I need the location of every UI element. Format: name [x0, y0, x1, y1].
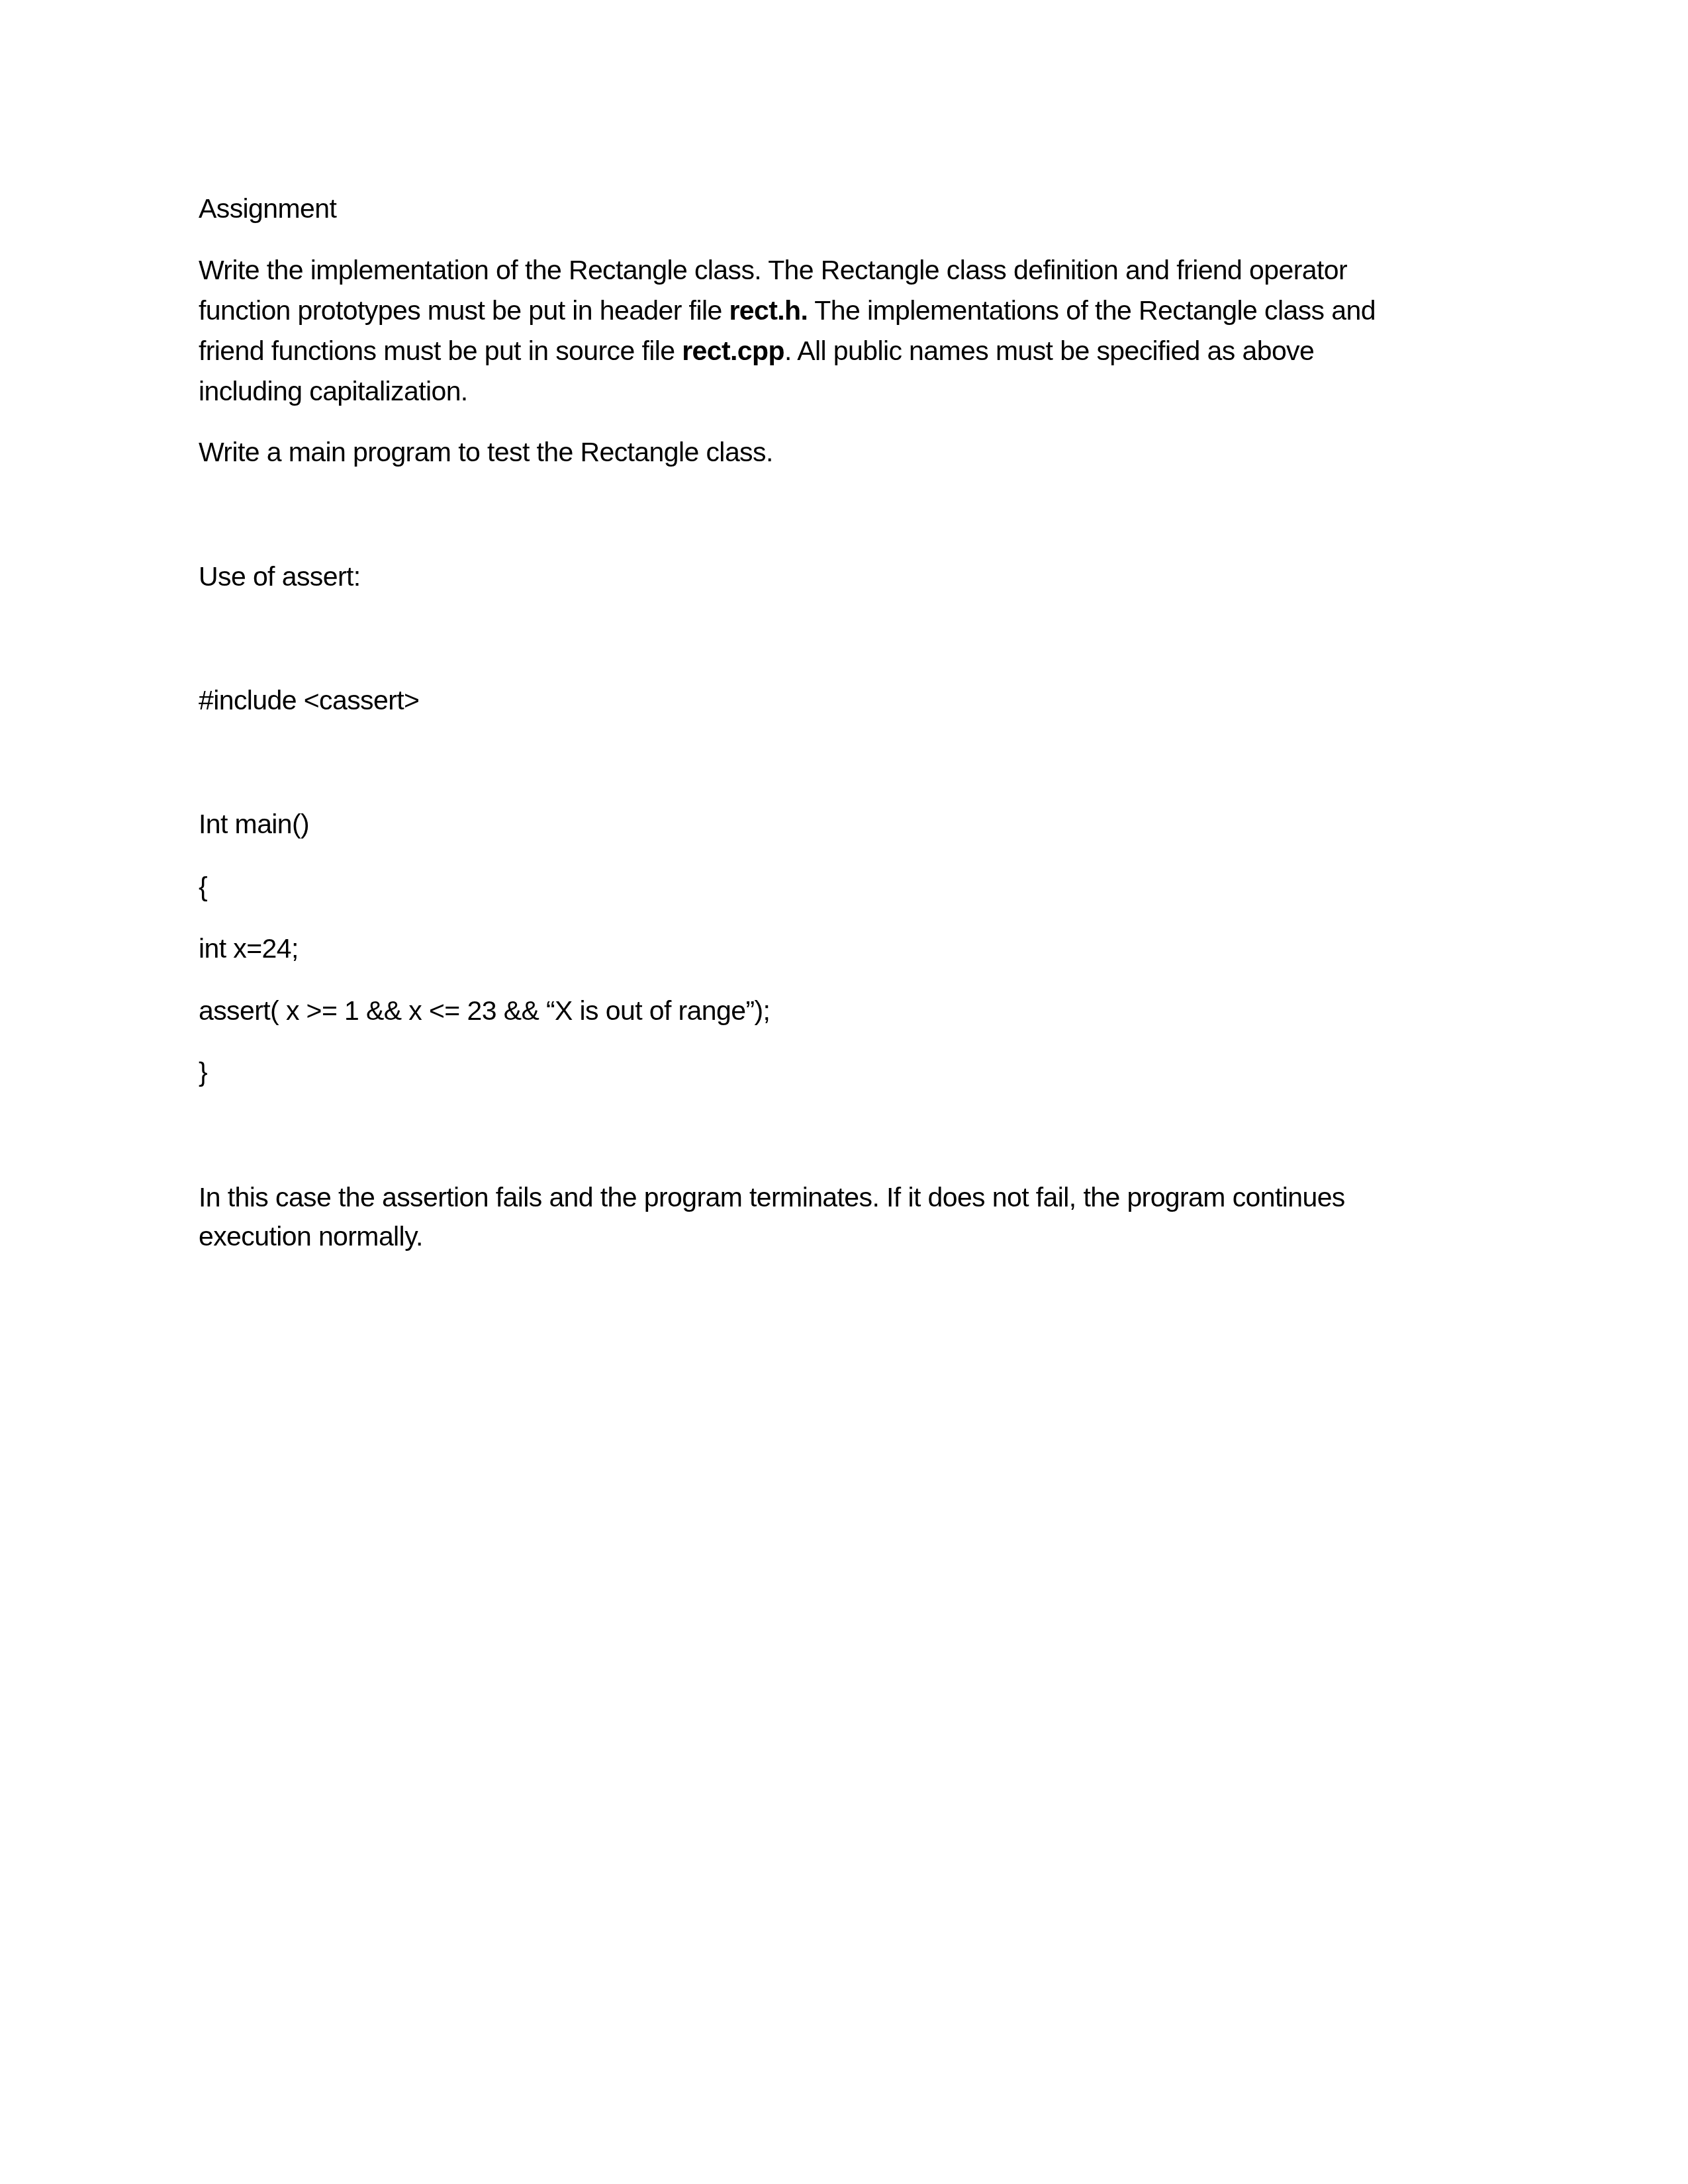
- paragraph-line-3: friend functions must be put in source f…: [199, 336, 1314, 367]
- code-main-signature: Int main(): [199, 809, 309, 840]
- conclusion-line-1: In this case the assertion fails and the…: [199, 1182, 1345, 1213]
- code-assert-statement: assert( x >= 1 && x <= 23 && “X is out o…: [199, 995, 770, 1026]
- code-declaration: int x=24;: [199, 933, 299, 964]
- document-page: Assignment Write the implementation of t…: [0, 0, 1688, 2184]
- paragraph-line-1: Write the implementation of the Rectangl…: [199, 255, 1347, 286]
- heading-use-of-assert: Use of assert:: [199, 561, 361, 592]
- filename-header: rect.h.: [729, 295, 808, 326]
- filename-source: rect.cpp: [682, 336, 784, 366]
- paragraph-line-2: function prototypes must be put in heade…: [199, 295, 1376, 326]
- paragraph-main-program: Write a main program to test the Rectang…: [199, 437, 773, 468]
- code-close-brace: }: [199, 1057, 207, 1088]
- conclusion-line-2: execution normally.: [199, 1221, 423, 1252]
- paragraph-line-4: including capitalization.: [199, 376, 468, 407]
- heading-assignment: Assignment: [199, 193, 336, 224]
- code-include: #include <cassert>: [199, 685, 419, 716]
- code-open-brace: {: [199, 872, 207, 903]
